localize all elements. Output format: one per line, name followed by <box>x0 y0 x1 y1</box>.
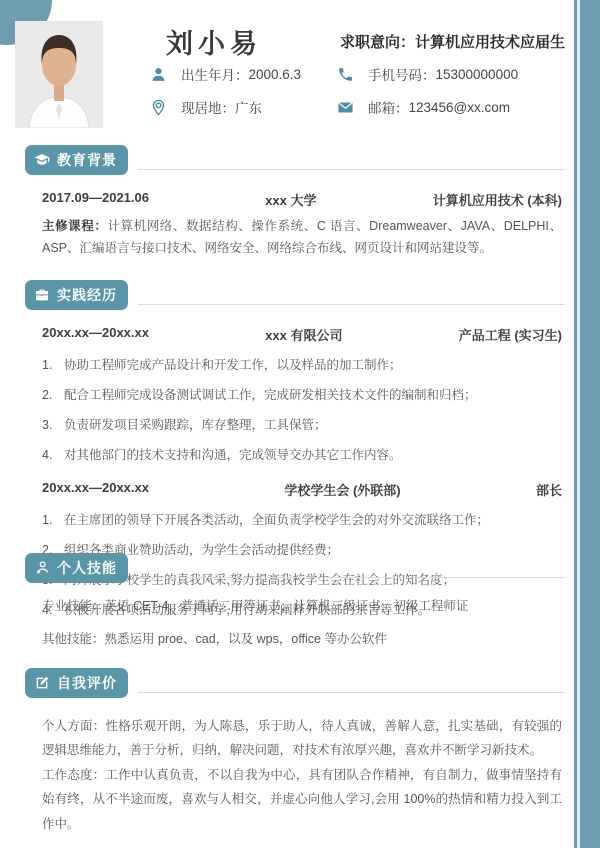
experience-date: 20xx.xx—20xx.xx <box>42 480 149 499</box>
item-text: 在主席团的领导下开展各类活动，全面负责学校学生会的对外交流联络工作； <box>64 511 489 529</box>
experience-org: 学校学生会 (外联部) <box>284 480 400 499</box>
person-icon <box>150 66 167 83</box>
contact-value: 2000.6.3 <box>249 67 302 82</box>
section-skills-body: 专业技能：英语 CET-4，普通话二甲等证书，计算机三级证书，初级工程师证 其他… <box>0 597 600 649</box>
section-divider <box>138 577 565 578</box>
education-entry-heading: 2017.09—2021.06 xxx 大学 计算机应用技术 (本科) <box>42 190 562 209</box>
experience-list-item: 2. 配合工程师完成设备测试调试工作，完成研发相关技术文件的编制和归档； <box>42 386 562 404</box>
experience-entry-heading: 20xx.xx—20xx.xx 学校学生会 (外联部) 部长 <box>42 480 562 499</box>
education-date: 2017.09—2021.06 <box>42 190 149 209</box>
candidate-name: 刘小易 <box>166 22 262 61</box>
item-text: 配合工程师完成设备测试调试工作，完成研发相关技术文件的编制和归档； <box>64 386 477 404</box>
skill-line: 其他技能：熟悉运用 proe、cad，以及 wps，office 等办公软件 <box>42 630 562 649</box>
section-title: 自我评价 <box>57 673 117 693</box>
resume-page: 刘小易 求职意向：计算机应用技术应届生 出生年月：2000.6.3 手机号码：1… <box>0 0 600 848</box>
section-skills: 个人技能 专业技能：英语 CET-4，普通话二甲等证书，计算机三级证书，初级工程… <box>0 553 600 649</box>
contact-label: 邮箱： <box>368 97 409 117</box>
contact-email: 邮箱：123456@xx.com <box>337 97 510 117</box>
profile-photo <box>15 21 103 128</box>
skill-text: 熟悉运用 proe、cad，以及 wps，office 等办公软件 <box>105 630 387 649</box>
phone-icon <box>337 66 354 83</box>
item-text: 对其他部门的技术支持和沟通，完成领导交办其它工作内容。 <box>64 446 402 464</box>
item-number: 1. <box>42 356 64 374</box>
contact-label: 手机号码： <box>368 64 436 84</box>
experience-org: xxx 有限公司 <box>265 325 342 344</box>
education-courses: 主修课程：计算机网络、数据结构、操作系统、C 语言、Dreamweaver、JA… <box>42 216 562 260</box>
evaluation-paragraph: 个人方面：性格乐观开朗，为人陈恳，乐于助人，待人真诚，善解人意，扎实基础，有较强… <box>42 714 562 763</box>
section-title: 实践经历 <box>57 285 117 305</box>
skill-text: 英语 CET-4，普通话二甲等证书，计算机三级证书，初级工程师证 <box>105 597 469 616</box>
person-star-icon <box>34 560 50 576</box>
contact-label: 出生年月： <box>181 64 249 84</box>
item-text: 协助工程师完成产品设计和开发工作，以及样品的加工制作； <box>64 356 402 374</box>
experience-list-item: 4. 对其他部门的技术支持和沟通，完成领导交办其它工作内容。 <box>42 446 562 464</box>
skill-label: 其他技能： <box>42 630 105 649</box>
contact-location: 现居地：广东 <box>150 97 262 117</box>
item-number: 4. <box>42 446 64 464</box>
section-evaluation-badge: 自我评价 <box>25 668 128 698</box>
section-experience-header: 实践经历 <box>0 280 600 310</box>
job-objective: 求职意向：计算机应用技术应届生 <box>340 31 565 52</box>
section-skills-header: 个人技能 <box>0 553 600 583</box>
skill-line: 专业技能：英语 CET-4，普通话二甲等证书，计算机三级证书，初级工程师证 <box>42 597 562 616</box>
education-school: xxx 大学 <box>265 190 316 209</box>
skill-label: 专业技能： <box>42 597 105 616</box>
contact-birthdate: 出生年月：2000.6.3 <box>150 64 301 84</box>
evaluation-paragraph: 工作态度：工作中认真负责，不以自我为中心，具有团队合作精神，有自制力，做事情坚持… <box>42 763 562 836</box>
item-number: 2. <box>42 386 64 404</box>
edit-pen-icon <box>34 675 50 691</box>
section-skills-badge: 个人技能 <box>25 553 128 583</box>
experience-list-item: 1. 在主席团的领导下开展各类活动，全面负责学校学生会的对外交流联络工作； <box>42 511 562 529</box>
courses-text: 计算机网络、数据结构、操作系统、C 语言、Dreamweaver、JAVA、DE… <box>42 219 562 255</box>
location-icon <box>150 99 167 116</box>
section-evaluation-header: 自我评价 <box>0 668 600 698</box>
section-education-header: 教育背景 <box>0 145 600 175</box>
section-title: 个人技能 <box>57 558 117 578</box>
contact-value: 123456@xx.com <box>409 100 511 115</box>
briefcase-icon <box>34 287 50 303</box>
item-number: 1. <box>42 511 64 529</box>
section-divider <box>138 692 565 693</box>
experience-list-item: 3. 负责研发项目采购跟踪，库存整理，工具保管； <box>42 416 562 434</box>
item-number: 3. <box>42 416 64 434</box>
experience-role: 部长 <box>536 480 562 499</box>
mail-icon <box>337 99 354 116</box>
section-divider <box>138 304 565 305</box>
courses-label: 主修课程： <box>42 219 107 233</box>
contact-phone: 手机号码：15300000000 <box>337 64 518 84</box>
section-divider <box>138 169 565 170</box>
section-education: 教育背景 2017.09—2021.06 xxx 大学 计算机应用技术 (本科)… <box>0 145 600 260</box>
section-evaluation-body: 个人方面：性格乐观开朗，为人陈恳，乐于助人，待人真诚，善解人意，扎实基础，有较强… <box>0 714 600 836</box>
experience-date: 20xx.xx—20xx.xx <box>42 325 149 344</box>
experience-role: 产品工程 (实习生) <box>459 325 562 344</box>
graduation-cap-icon <box>34 152 50 168</box>
section-evaluation: 自我评价 个人方面：性格乐观开朗，为人陈恳，乐于助人，待人真诚，善解人意，扎实基… <box>0 668 600 836</box>
education-major: 计算机应用技术 (本科) <box>433 190 562 209</box>
item-text: 负责研发项目采购跟踪，库存整理，工具保管； <box>64 416 327 434</box>
contact-label: 现居地： <box>181 97 235 117</box>
contact-value: 15300000000 <box>436 67 519 82</box>
contact-value: 广东 <box>235 97 262 117</box>
section-education-body: 2017.09—2021.06 xxx 大学 计算机应用技术 (本科) 主修课程… <box>0 190 600 260</box>
section-education-badge: 教育背景 <box>25 145 128 175</box>
experience-list-item: 1. 协助工程师完成产品设计和开发工作，以及样品的加工制作； <box>42 356 562 374</box>
section-experience-badge: 实践经历 <box>25 280 128 310</box>
photo-placeholder-illustration <box>15 21 103 128</box>
experience-entry-heading: 20xx.xx—20xx.xx xxx 有限公司 产品工程 (实习生) <box>42 325 562 344</box>
section-title: 教育背景 <box>57 150 117 170</box>
